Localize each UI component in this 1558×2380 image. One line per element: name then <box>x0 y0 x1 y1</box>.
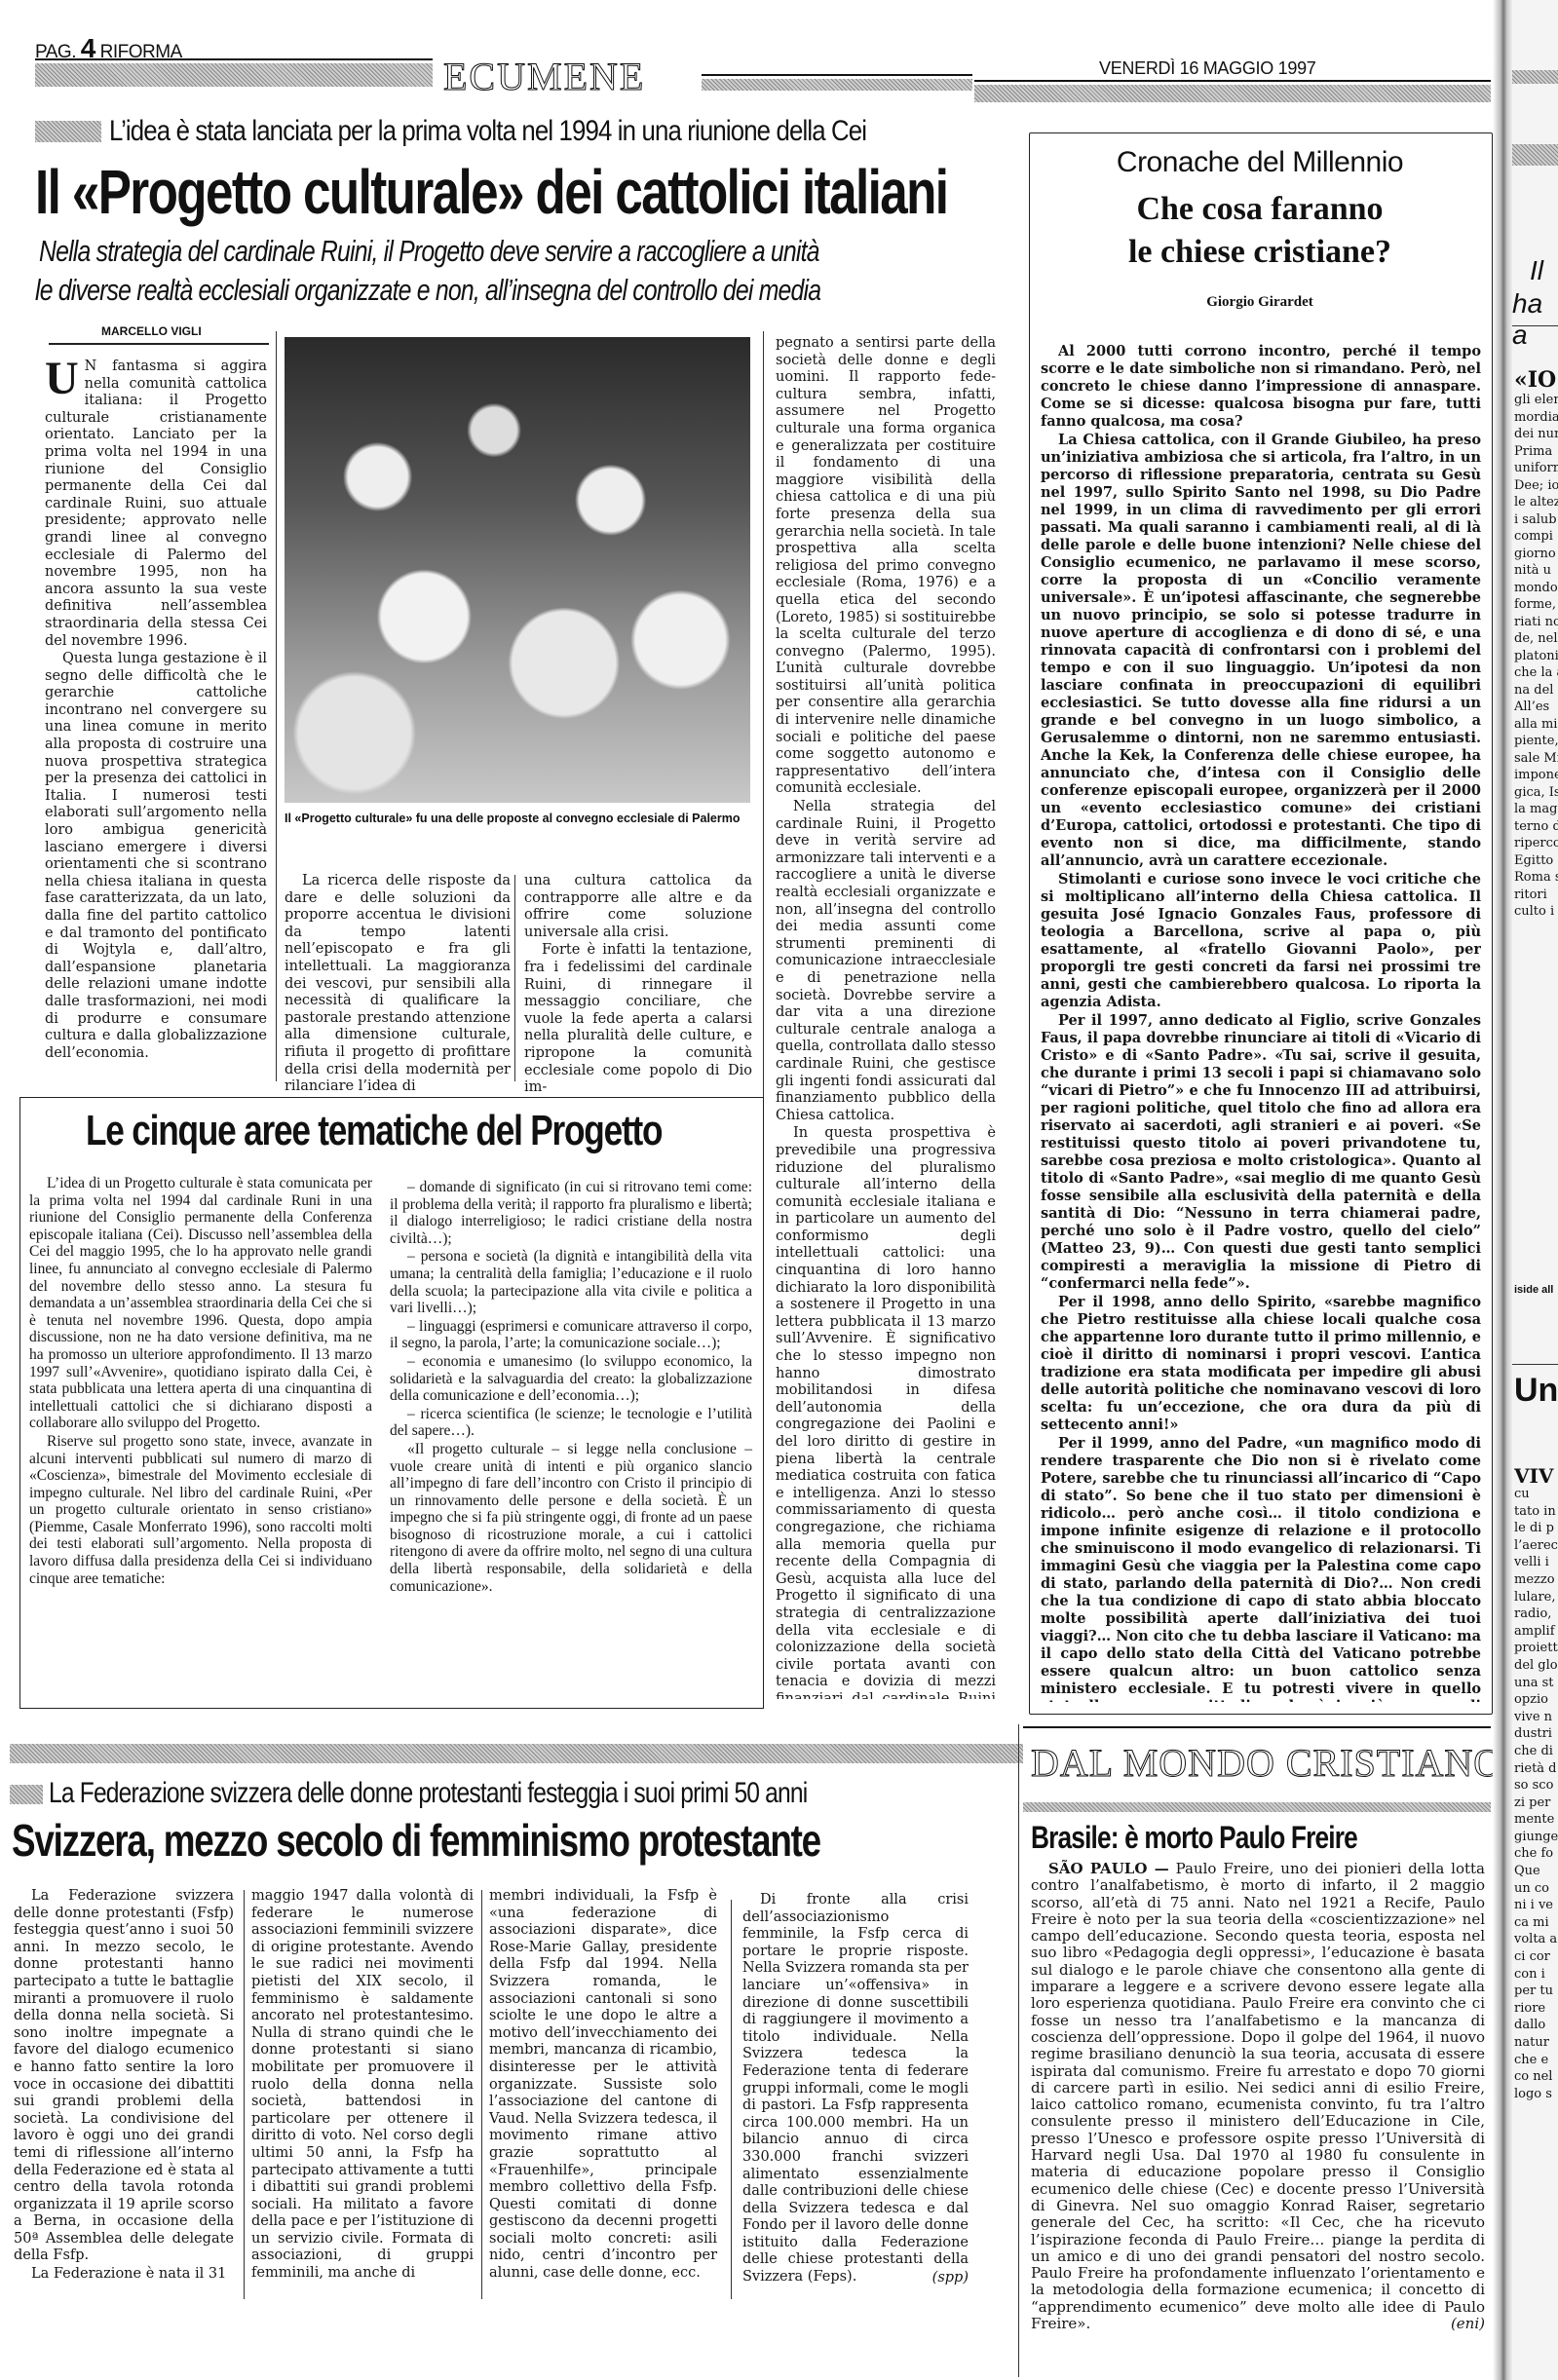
sidebar-title: Le cinque aree tematiche del Progetto <box>86 1107 662 1155</box>
next-page-text-top: «IO N gli elenmordiadei nurPrimaunifornD… <box>1514 368 1558 921</box>
column-divider <box>1018 1724 1019 2377</box>
cronache-author: Giorgio Girardet <box>1029 294 1491 311</box>
main-title: Il «Progetto culturale» dei cattolici it… <box>35 156 947 228</box>
next-page-text-bottom: VIVcutato inle di pl’aerecvelli imezzolu… <box>1514 1466 1558 2102</box>
source-tag: (eni) <box>1433 2316 1485 2332</box>
svizzera-title: Svizzera, mezzo secolo di femminismo pro… <box>12 1814 820 1867</box>
page-gutter <box>1493 0 1512 2380</box>
main-article-col3: pegnato a sentirsi parte della società d… <box>776 335 996 1699</box>
date-band <box>974 85 1491 102</box>
date-rule <box>974 80 1491 82</box>
svizzera-col3: membri individuali, la Fsfp è «una feder… <box>489 1888 717 2283</box>
dal-mondo-title: Brasile: è morto Paulo Freire <box>1031 1820 1357 1856</box>
byline-rule <box>49 343 269 345</box>
main-kicker: L’idea è stata lanciata per la prima vol… <box>109 115 866 148</box>
column-divider <box>514 875 515 1081</box>
kicker-marker <box>35 121 101 142</box>
column-divider <box>731 1900 732 2299</box>
column-divider <box>244 1890 245 2299</box>
dal-mondo-rule <box>1023 1726 1491 1728</box>
cronache-body: Al 2000 tutti corrono incontro, perché i… <box>1041 343 1481 1702</box>
dateline: SÃO PAULO — <box>1048 1860 1169 1877</box>
column-divider <box>276 331 277 1081</box>
sidebar-left-column: L’idea di un Progetto culturale è stata … <box>29 1175 372 1587</box>
photo-caption: Il «Progetto culturale» fu una delle pro… <box>285 811 756 826</box>
cronache-title-1: Che cosa faranno <box>1029 191 1491 228</box>
kicker-marker <box>10 1785 43 1804</box>
svizzera-col4: Di fronte alla crisi dell’associazionism… <box>742 1892 969 2286</box>
svizzera-col2: maggio 1947 dalla volontà di federare le… <box>251 1888 474 2283</box>
dal-mondo-body: SÃO PAULO — Paulo Freire, uno dei pionie… <box>1031 1861 1485 2332</box>
dal-mondo-section-title: DAL MONDO CRISTIANO <box>1031 1740 1502 1786</box>
svizzera-kicker: La Federazione svizzera delle donne prot… <box>49 1777 807 1810</box>
sidebar-right-column: – domande di significato (in cui si ritr… <box>390 1179 752 1595</box>
dal-mondo-band <box>1023 1802 1491 1812</box>
svizzera-col1: La Federazione svizzera delle donne prot… <box>14 1888 234 2284</box>
author-byline: MARCELLO VIGLI <box>101 324 202 338</box>
main-article-col2b: una cultura cattolica da contrapporre al… <box>524 873 752 1097</box>
next-page-edge: Il ha a «IO N gli elenmordiadei nurPrima… <box>1512 0 1558 2380</box>
main-subtitle-2: le diverse realtà ecclesiali organizzate… <box>35 273 820 308</box>
section-title: ECUMENE <box>443 54 645 99</box>
issue-date: VENERDÌ 16 MAGGIO 1997 <box>1099 58 1316 79</box>
section-divider-band <box>10 1744 1023 1763</box>
header-band-left <box>35 63 433 87</box>
main-article-col2a: La ricerca delle risposte da dare e dell… <box>285 873 511 1096</box>
dropcap: U <box>45 360 79 397</box>
header-band-right <box>702 79 972 91</box>
main-article-col1: UN fantasma si aggira nella comunità cat… <box>45 359 267 1062</box>
column-divider <box>481 1890 482 2299</box>
main-subtitle-1: Nella strategia del cardinale Ruini, il … <box>39 234 819 269</box>
header-rule-left <box>35 58 433 60</box>
news-photo-crowd <box>285 337 750 803</box>
cronache-series-label: Cronache del Millennio <box>1029 146 1491 179</box>
header-rule-right <box>702 74 972 76</box>
cronache-title-2: le chiese cristiane? <box>1029 234 1491 271</box>
